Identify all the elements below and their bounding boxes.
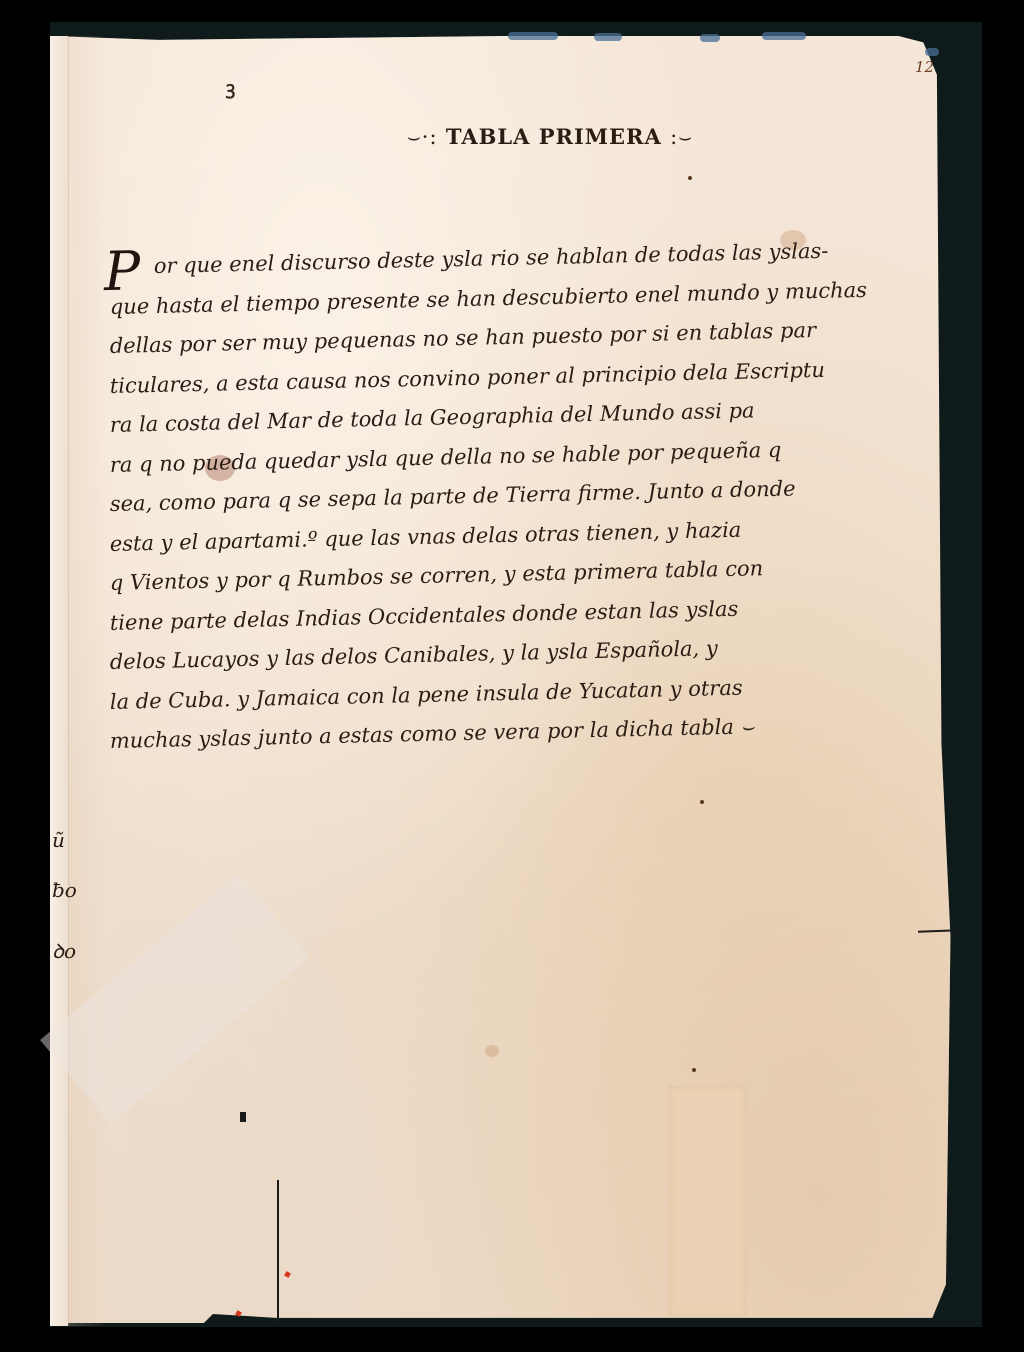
- folio-number: 12: [915, 58, 934, 76]
- title-text: TABLA PRIMERA: [446, 124, 662, 149]
- body-text: P or que enel discurso deste ysla rio se…: [110, 255, 870, 769]
- margin-shadow: [68, 36, 108, 1326]
- margin-fragment: ƀo: [52, 878, 77, 902]
- margin-fragment: ꝺo: [52, 937, 76, 964]
- title-flourish-right: :⌣: [670, 125, 693, 149]
- blue-stain: [508, 32, 558, 40]
- blue-stain: [925, 48, 939, 56]
- binding-strip: [50, 36, 68, 1326]
- blue-stain: [762, 32, 806, 40]
- stain: [485, 1045, 499, 1057]
- top-mark: ꝫ: [226, 76, 235, 100]
- tear-bottom: [277, 1180, 279, 1325]
- speck: [700, 800, 704, 804]
- title-flourish-left: ⌣·:: [407, 125, 438, 149]
- blue-stain: [700, 34, 720, 42]
- margin-fragment: ũ: [52, 828, 65, 852]
- repair-tape-patch: [669, 1086, 746, 1316]
- tear-notch: [240, 1112, 246, 1122]
- drop-cap: P: [103, 244, 141, 299]
- speck: [688, 176, 692, 180]
- speck: [692, 1068, 696, 1072]
- blue-stain: [594, 33, 622, 41]
- page-title: ⌣·: TABLA PRIMERA :⌣: [300, 124, 800, 150]
